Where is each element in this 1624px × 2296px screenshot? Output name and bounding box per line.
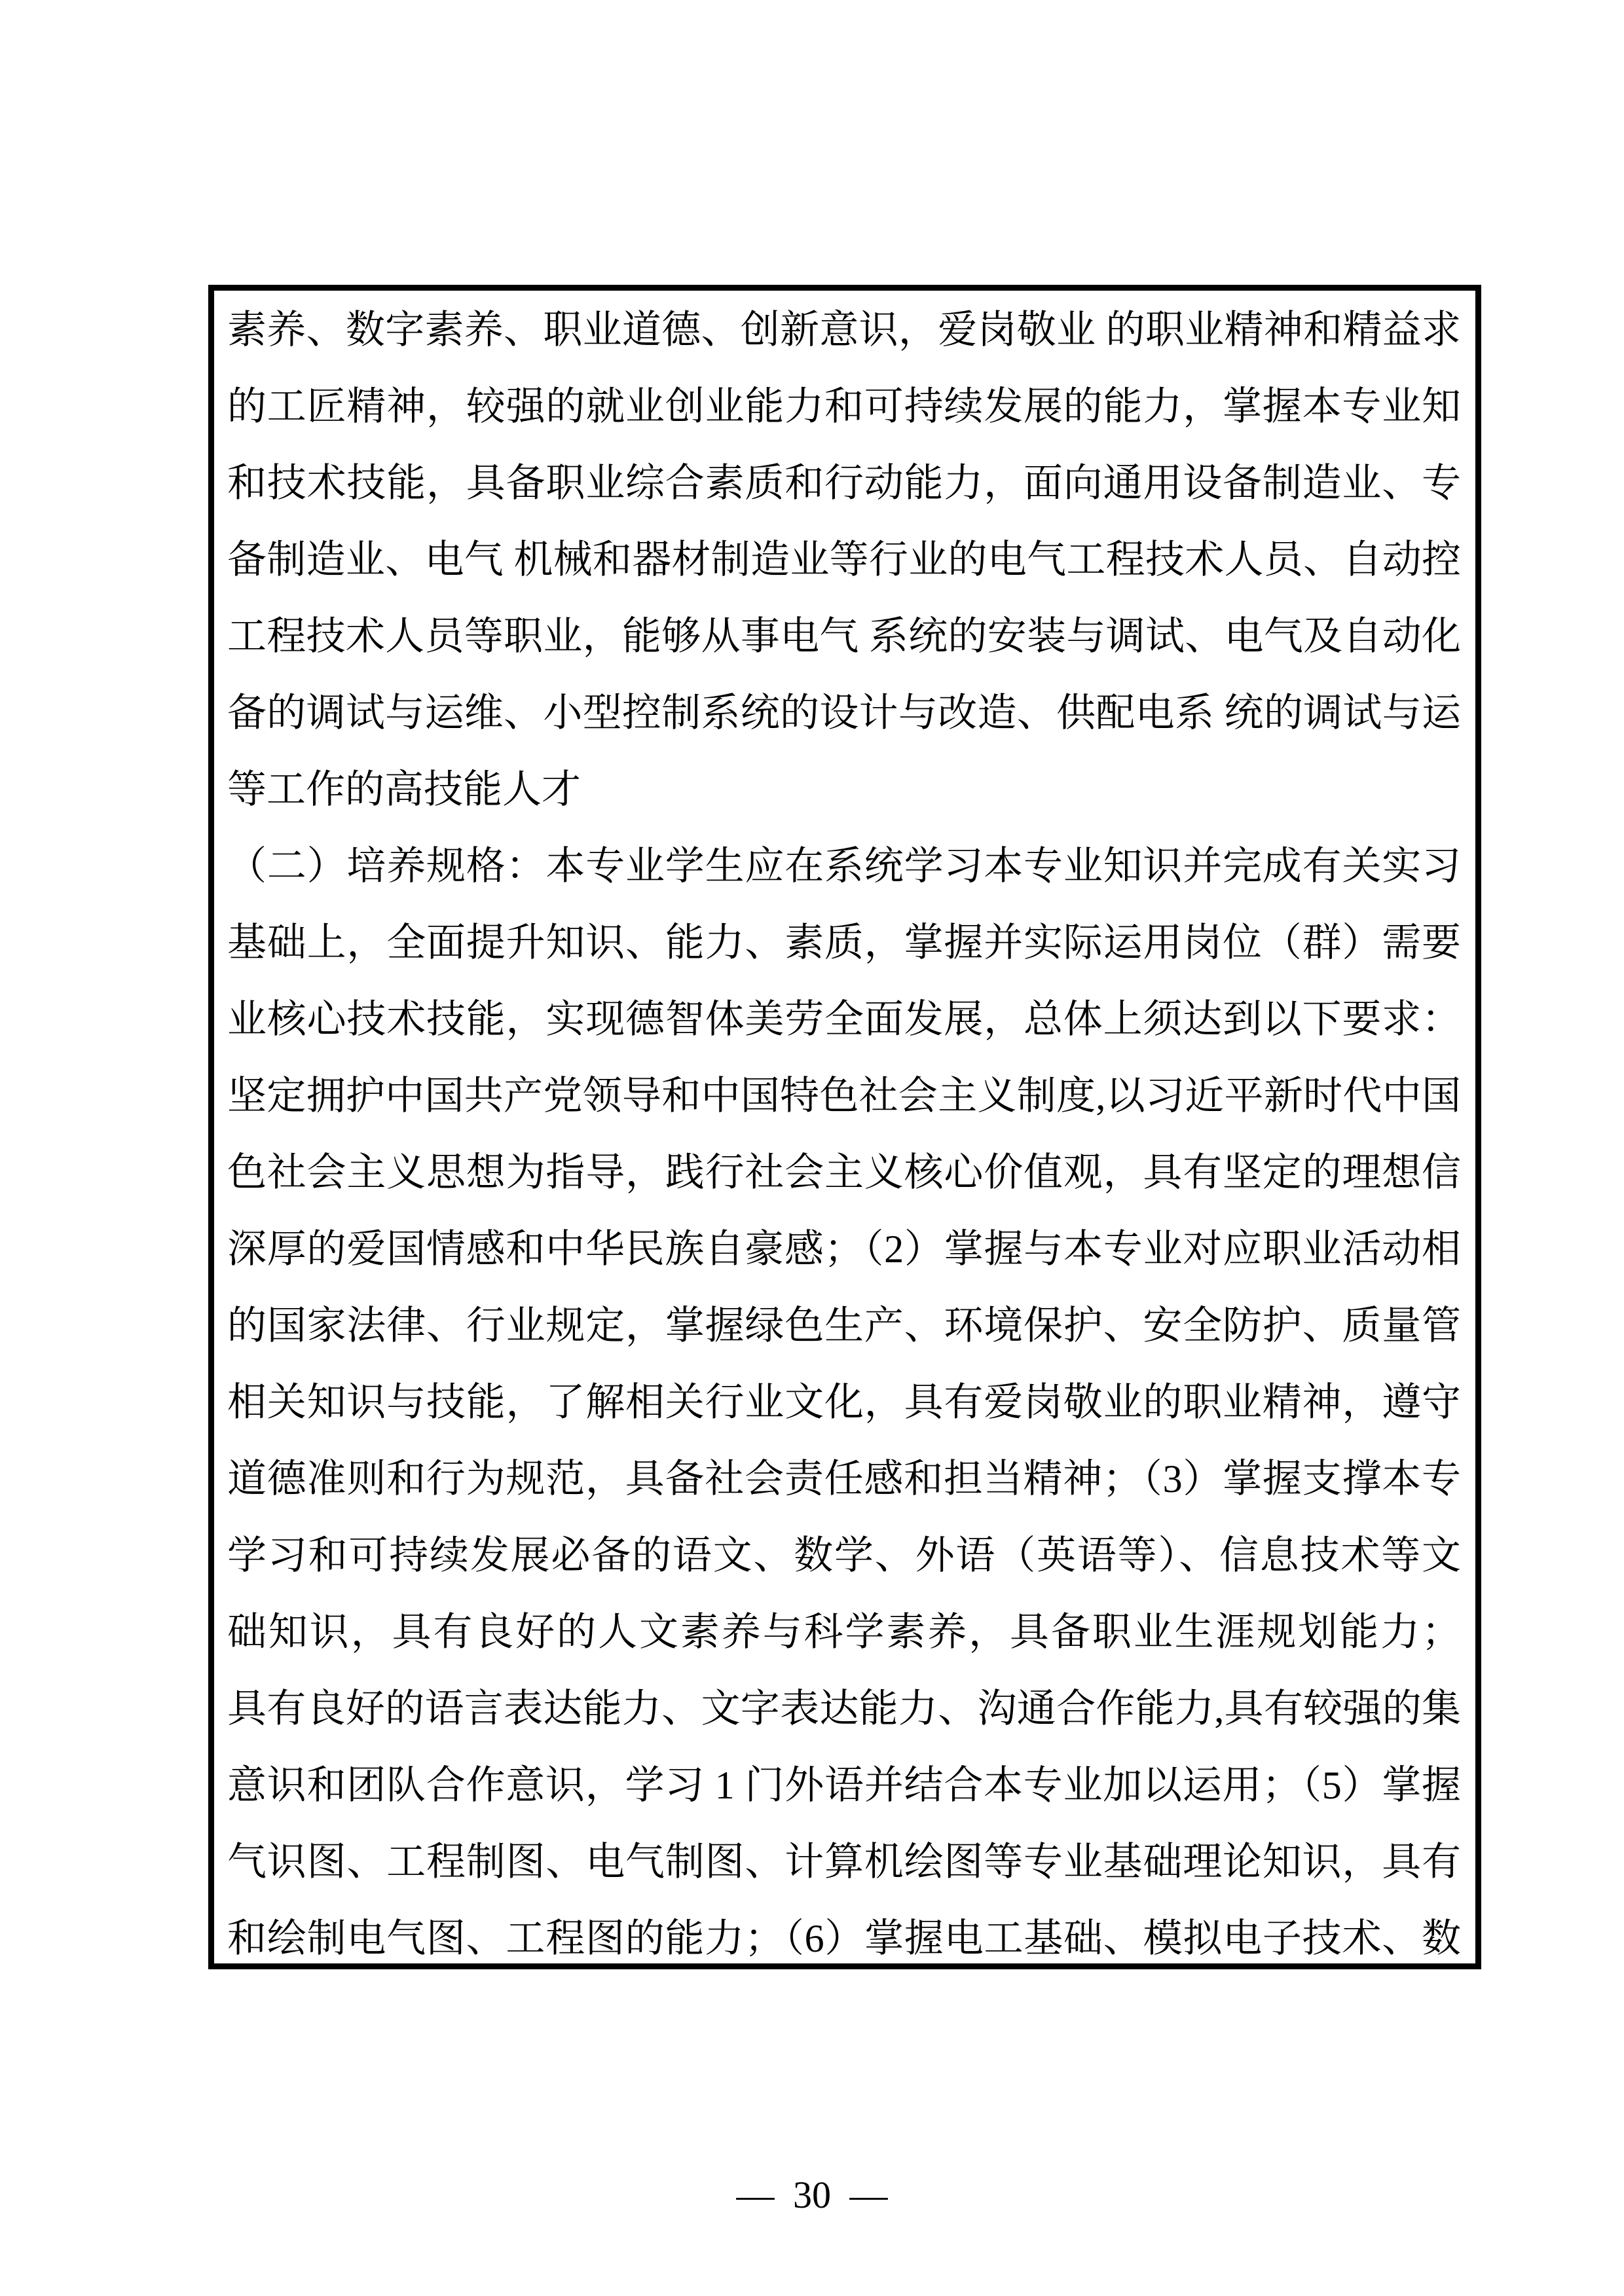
text-line: 的工匠精神，较强的就业创业能力和可持续发展的能力，掌握本专业知 识: [227, 369, 1461, 445]
text-line: 素养、数字素养、职业道德、创新意识，爱岗敬业 的职业精神和精益求精: [227, 292, 1461, 369]
page-number: — 30 —: [0, 2172, 1624, 2218]
text-line: 基础上，全面提升知识、能力、素质，掌握并实际运用岗位（群）需要的专: [227, 905, 1461, 981]
text-line: 和绘制电气图、工程图的能力；（6）掌握电工基础、模拟电子技术、数字: [227, 1901, 1461, 1977]
text-line: 备的调试与运维、小型控制系统的设计与改造、供配电系 统的调试与运维: [227, 675, 1461, 752]
text-line: 深厚的爱国情感和中华民族自豪感；（2）掌握与本专业对应职业活动相关: [227, 1211, 1461, 1288]
text-line: 备制造业、电气 机械和器材制造业等行业的电气工程技术人员、自动控制: [227, 522, 1461, 598]
text-line: 气识图、工程制图、电气制图、计算机绘图等专业基础理论知识，具有识读: [227, 1824, 1461, 1901]
text-line: 工程技术人员等职业，能够从事电气 系统的安装与调试、电气及自动化设: [227, 598, 1461, 675]
text-line: （二）培养规格：本专业学生应在系统学习本专业知识并完成有关实习实训: [227, 828, 1461, 905]
text-line: 意识和团队合作意识，学习 1 门外语并结合本专业加以运用；（5）掌握电: [227, 1747, 1461, 1824]
text-line: 础知识，具有良好的人文素养与科学素养，具备职业生涯规划能力；（4）: [227, 1594, 1461, 1671]
text-line: 坚定拥护中国共产党领导和中国特色社会主义制度,以习近平新时代中国特: [227, 1058, 1461, 1135]
text-line: 具有良好的语言表达能力、文字表达能力、沟通合作能力,具有较强的集体: [227, 1671, 1461, 1747]
text-line: 和技术技能，具备职业综合素质和行动能力，面向通用设备制造业、专用设: [227, 445, 1461, 522]
text-line: 业核心技术技能，实现德智体美劳全面发展，总体上须达到以下要求：（1）: [227, 981, 1461, 1058]
text-line: 学习和可持续发展必备的语文、数学、外语（英语等）、信息技术等文化基: [227, 1518, 1461, 1594]
text-line: 相关知识与技能，了解相关行业文化，具有爱岗敬业的职业精神，遵守职业: [227, 1364, 1461, 1441]
text-line: 的国家法律、行业规定，掌握绿色生产、环境保护、安全防护、质量管理等: [227, 1288, 1461, 1364]
text-line: 道德准则和行为规范，具备社会责任感和担当精神；（3）掌握支撑本专业: [227, 1441, 1461, 1518]
document-page: 素养、数字素养、职业道德、创新意识，爱岗敬业 的职业精神和精益求精 的工匠精神，…: [0, 0, 1624, 2296]
text-line: 色社会主义思想为指导，践行社会主义核心价值观，具有坚定的理想信念、: [227, 1135, 1461, 1211]
text-line: 等工作的高技能人才: [227, 752, 1461, 828]
bordered-text-block: 素养、数字素养、职业道德、创新意识，爱岗敬业 的职业精神和精益求精 的工匠精神，…: [208, 285, 1481, 1969]
